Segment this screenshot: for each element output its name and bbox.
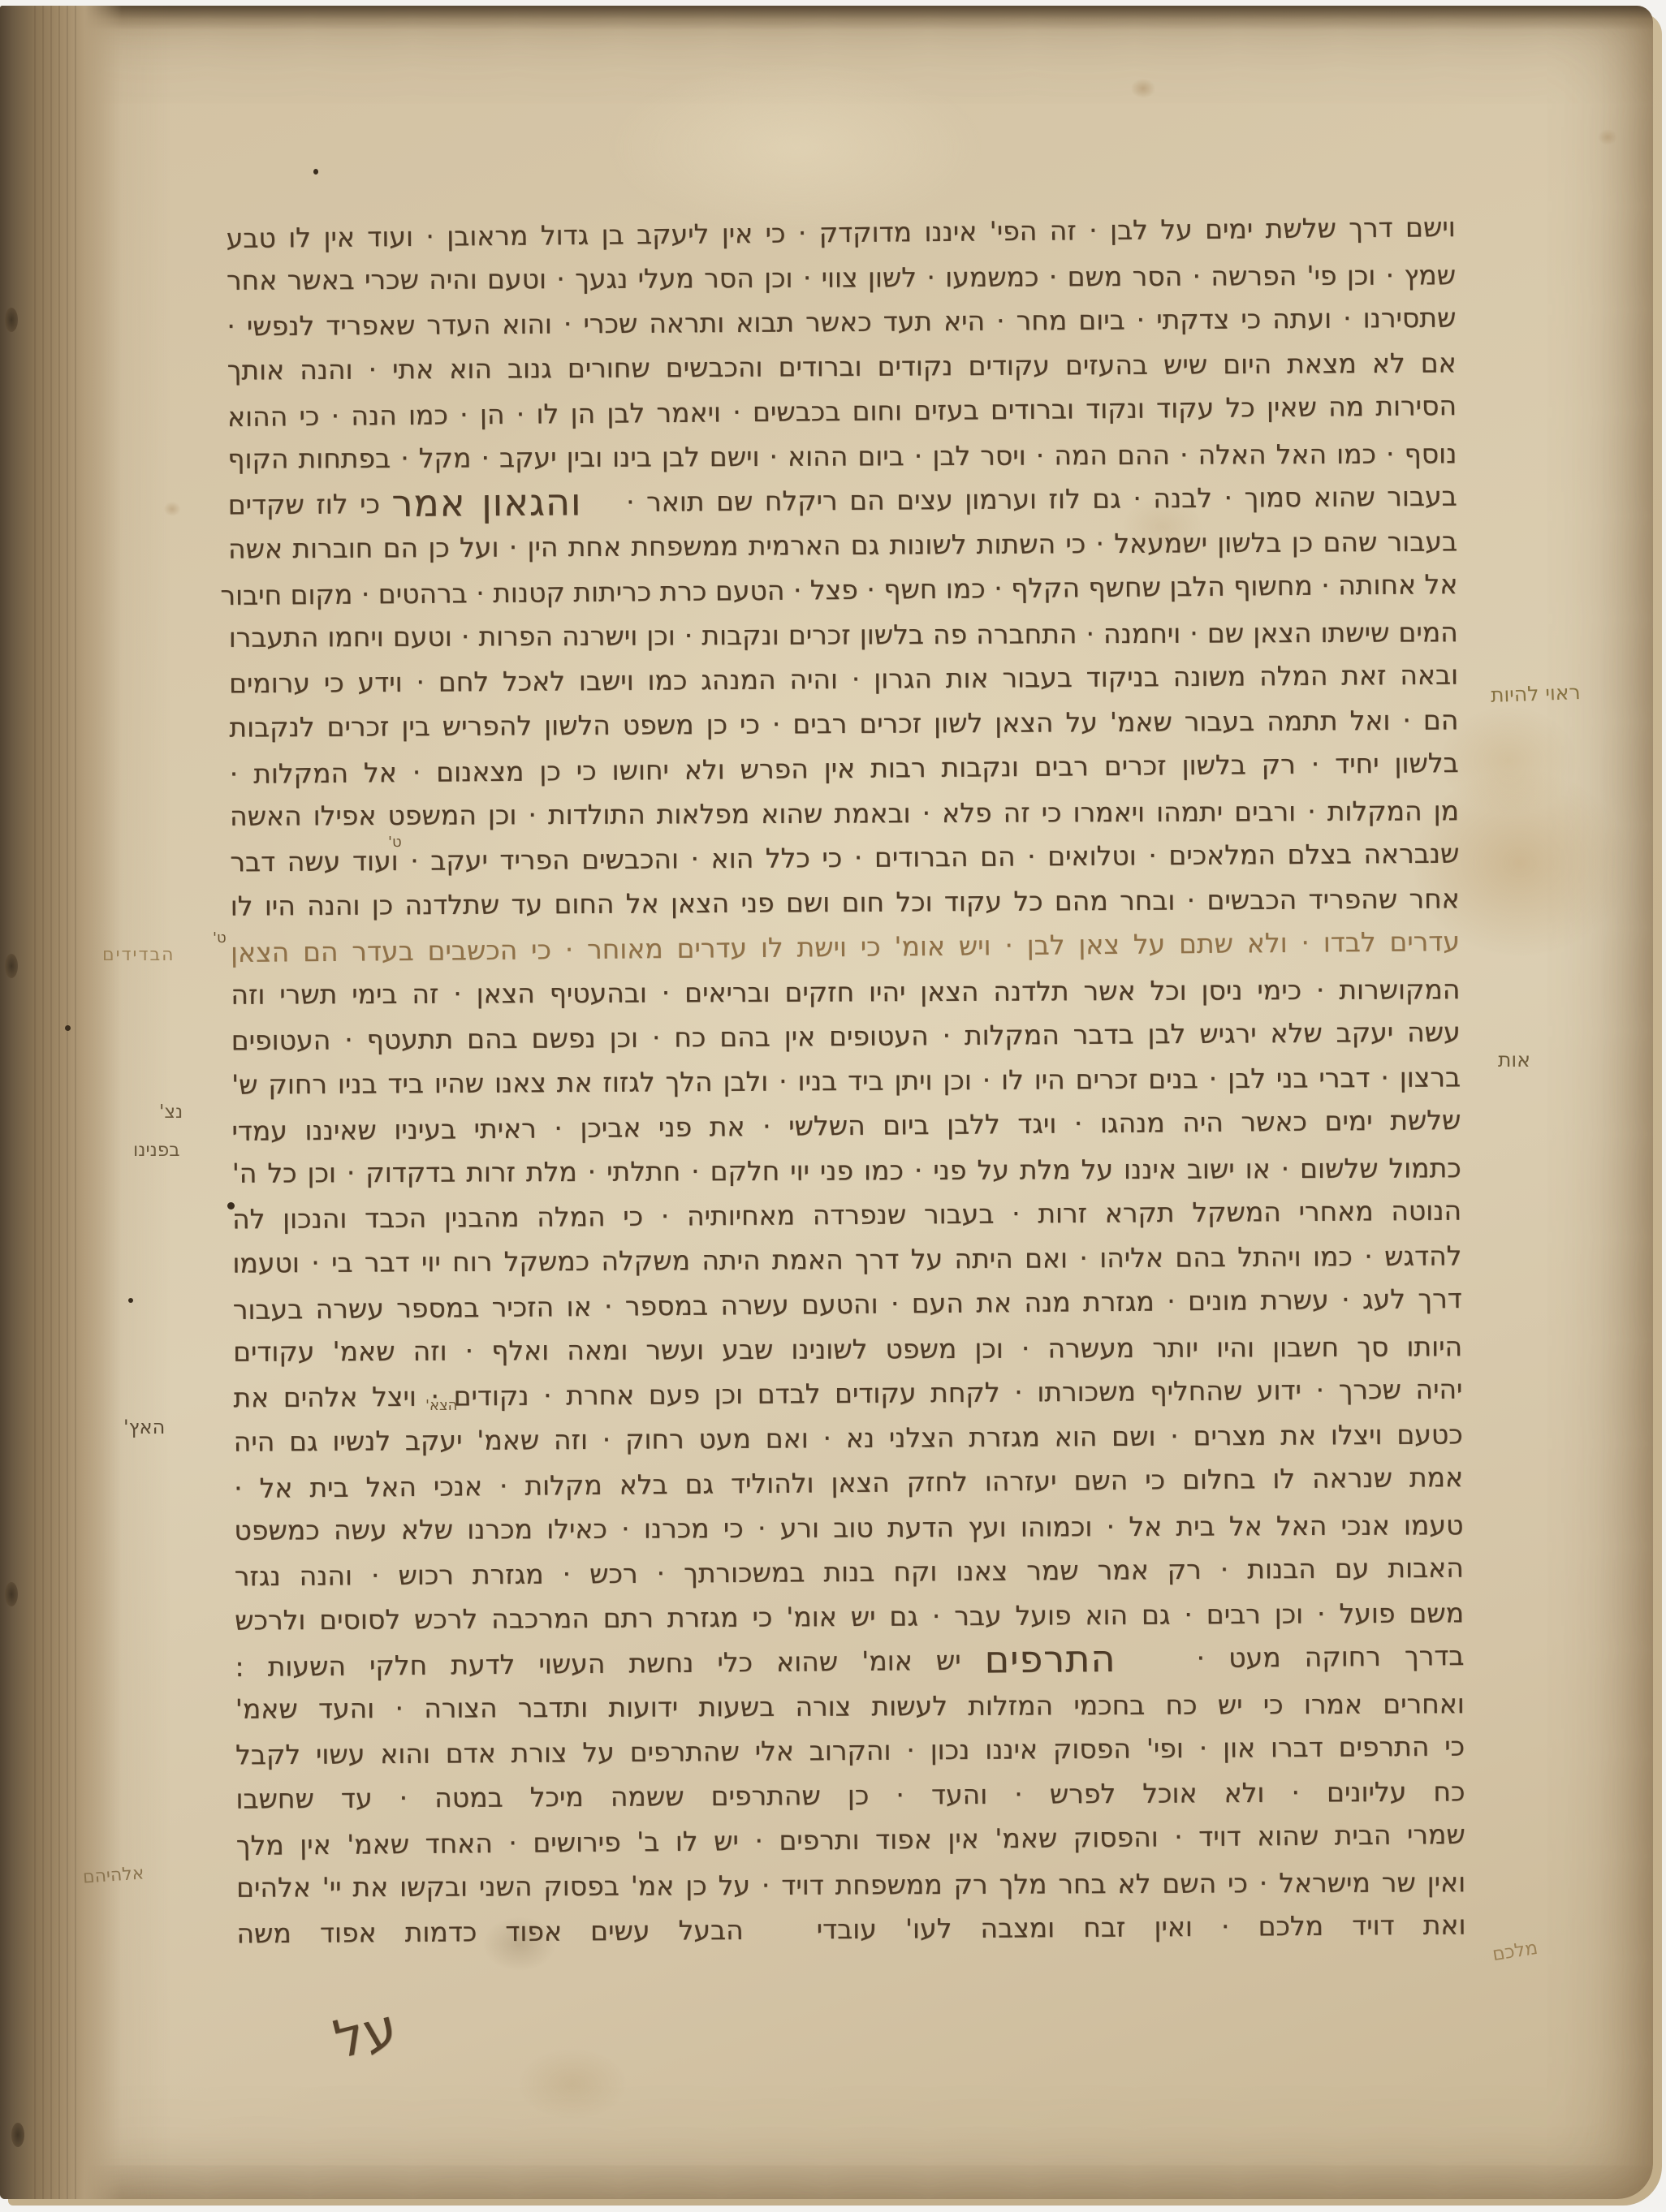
manuscript-scan: { "document": { "kind_label": "Hebrew ma…: [0, 0, 1666, 2212]
text-run: להדגש · כמו ויהתל בהם אליהו · ואם היתה ע…: [232, 1240, 1461, 1278]
margin-note-left-3: בפנינו: [133, 1140, 180, 1161]
text-line: הסירות מה שאין כל עקוד ונקוד וברודים בעז…: [227, 383, 1457, 439]
margin-note-right-1: ראוי להיות: [1491, 680, 1581, 707]
text-line: שנבראה בצלם המלאכים · וטלואים · הם הברוד…: [230, 831, 1459, 885]
text-run: המים שישתו הצאן שם · ויחמנה · התחברה פה …: [229, 616, 1458, 653]
text-line: ואת דויד מלכם · ואין זבח ומצבה לעו' עובד…: [236, 1903, 1465, 1956]
text-line: שלשת ימים כאשר היה מנהגו · ויגד ללבן ביו…: [231, 1097, 1461, 1153]
text-run: כי התרפים דברו און · ופי' הפסוק איננו נכ…: [235, 1731, 1465, 1771]
text-line: כתמול שלשום · או ישוב איננו על מלת על פנ…: [232, 1145, 1461, 1196]
text-run: עדרים לבדו · ולא שתם על צאן לבן · ויש או…: [231, 925, 1460, 968]
margin-note-left-2: נצ': [159, 1102, 183, 1123]
text-run: ברצון · דברי בני לבן · בנים זכרים היו לו…: [231, 1061, 1461, 1100]
text-line: ובאה זאת המלה משונה בניקוד בעבור אות הגר…: [229, 653, 1458, 706]
text-line: עדרים לבדו · ולא שתם על צאן לבן · ויש או…: [231, 919, 1460, 975]
text-run: עשה יעקב שלא ירגיש לבן בדבר המקלות · העט…: [231, 1016, 1461, 1057]
text-run: כתמול שלשום · או ישוב איננו על מלת על פנ…: [232, 1152, 1461, 1189]
text-line: ואין שר מישראל · כי השם לא בחר מלך רק ממ…: [236, 1860, 1465, 1910]
text-line: בדרך רחוקה מעט · התרפים יש אומ' שהוא כלי…: [235, 1633, 1464, 1689]
parchment-page: וישם דרך שלשת ימים על לבן · זה הפי' איננ…: [0, 6, 1653, 2199]
line-gap: [582, 510, 615, 511]
sewing-stitch: [5, 954, 18, 978]
text-run: אמת שנראה לו בחלום כי השם יעזרהו לחזק הצ…: [234, 1461, 1463, 1504]
text-run: יש אומ' שהוא כלי נחשת העשוי לדעת חלקי הש…: [235, 1644, 985, 1683]
text-line: היותו סך חשבון והיו יותר מעשרה · וכן משפ…: [233, 1324, 1462, 1374]
interlinear-gloss: ט': [388, 834, 402, 851]
text-line: נוסף · כמו האל האלה · ההם המה · ויסר לבן…: [227, 431, 1457, 481]
text-run: שמץ · וכן פי' הפרשה · הסר משם · כמשמעו ·…: [227, 259, 1456, 296]
text-line: שתסירנו · ועתה כי צדקתי · ביום מחר · היא…: [227, 295, 1456, 349]
margin-note-left-5: אלהיהם: [82, 1863, 145, 1887]
text-run: היותו סך חשבון והיו יותר מעשרה · וכן משפ…: [233, 1330, 1462, 1368]
text-line: המים שישתו הצאן שם · ויחמנה · התחברה פה …: [229, 610, 1458, 660]
text-run: אם לא מצאת היום שיש בהעזים עקודים נקודים…: [227, 347, 1457, 386]
text-line: בעבור שהוא סמוך · לבנה · גם לוז וערמון ע…: [227, 474, 1457, 528]
text-line: האבות עם הבנות · רק אמר שמר צאנו וקח בנו…: [235, 1546, 1464, 1599]
text-run: טעמו אנכי האל אל בית אל · וכמוהו ועץ הדע…: [234, 1509, 1463, 1546]
text-line: אל אחותה · מחשוף הלבן שחשף הקלף · כמו חש…: [228, 562, 1457, 618]
text-run: בעבור שהוא סמוך · לבנה · גם לוז וערמון ע…: [614, 481, 1457, 518]
text-run: יהיה שכרך · ידוע שהחליף משכורתו · לקחת ע…: [233, 1373, 1462, 1414]
text-run: המקושרות · כימי ניסן וכל אשר תלדנה הצאן …: [231, 973, 1460, 1011]
text-run: כח עליונים · ולא אוכל לפרש · והעד · כן ש…: [235, 1775, 1465, 1814]
sewing-stitch: [5, 1582, 18, 1606]
text-run: בדרך רחוקה מעט ·: [1172, 1640, 1464, 1674]
interlinear-gloss: ט': [213, 929, 227, 946]
text-run: ואת דויד מלכם · ואין זבח ומצבה לעו' עובד…: [788, 1909, 1465, 1946]
text-run: וישם דרך שלשת ימים על לבן · זה הפי' איננ…: [226, 211, 1455, 254]
interlinear-gloss: הצא': [425, 1397, 457, 1414]
text-run: כטעם ויצלו את מצרים · ושם הוא מגזרת הצלנ…: [234, 1418, 1463, 1457]
text-run: אל אחותה · מחשוף הלבן שחשף הקלף · כמו חש…: [220, 568, 1457, 611]
text-run: ואחרים אמרו כי יש כח בחכמי המזלות לעשות …: [235, 1688, 1465, 1725]
text-run: בלשון יחיד · רק בלשון זכרים רבים ונקבות …: [230, 747, 1459, 790]
text-run: הם · ואל תתמה בעבור שאמ' על הצאן לשון זכ…: [229, 704, 1458, 743]
text-run: שתסירנו · ועתה כי צדקתי · ביום מחר · היא…: [227, 302, 1456, 343]
text-run: שמרי הבית שהוא דויד · והפסוק שאמ' אין אפ…: [236, 1818, 1465, 1861]
ink-speck: [128, 1298, 133, 1303]
text-line: שמץ · וכן פי' הפרשה · הסר משם · כמשמעו ·…: [227, 252, 1456, 303]
text-run: כי לוז שקדים: [228, 488, 392, 520]
text-run: הבעל עשים אפוד כדמות אפוד משה: [236, 1914, 743, 1949]
text-line: דרך לעג · עשרת מונים · מגזרת מנה את העם …: [232, 1276, 1461, 1332]
page-top-edge: [0, 6, 1653, 30]
main-text-block: וישם דרך שלשת ימים על לבן · זה הפי' איננ…: [226, 206, 1465, 1955]
ink-speck: [65, 1025, 71, 1031]
text-run: הסירות מה שאין כל עקוד ונקוד וברודים בעז…: [227, 390, 1457, 433]
sewing-stitch: [5, 308, 18, 332]
text-run: משם פועל · וכן רבים · גם הוא פועל עבר · …: [235, 1597, 1464, 1636]
text-run: הנוטה מאחרי המשקל תקרא זרות · בעבור שנפר…: [232, 1195, 1461, 1235]
text-run: שנבראה בצלם המלאכים · וטלואים · הם הברוד…: [230, 838, 1459, 878]
margin-note-left-4: האץ': [123, 1416, 165, 1438]
text-run: מן המקלות · ורבים יתמהו ויאמרו כי זה פלא…: [230, 795, 1459, 832]
text-run: נוסף · כמו האל האלה · ההם המה · ויסר לבן…: [227, 438, 1457, 475]
line-gap: [744, 1938, 788, 1939]
margin-note-right-3: מלכם: [1491, 1938, 1539, 1965]
text-line: וישם דרך שלשת ימים על לבן · זה הפי' איננ…: [226, 205, 1455, 261]
line-gap: [1116, 1666, 1173, 1668]
text-run: האבות עם הבנות · רק אמר שמר צאנו וקח בנו…: [235, 1552, 1464, 1593]
text-run: שלשת ימים כאשר היה מנהגו · ויגד ללבן ביו…: [231, 1104, 1461, 1147]
text-run: דרך לעג · עשרת מונים · מגזרת מנה את העם …: [233, 1283, 1462, 1326]
catchword: על: [328, 1998, 403, 2071]
ink-speck: [313, 169, 318, 175]
text-line: המקושרות · כימי ניסן וכל אשר תלדנה הצאן …: [231, 967, 1460, 1017]
margin-note-left-1: הבדידים: [102, 945, 175, 965]
text-line: אמת שנראה לו בחלום כי השם יעזרהו לחזק הצ…: [234, 1455, 1463, 1511]
margin-note-right-2: אות: [1498, 1048, 1530, 1072]
text-line: ואחרים אמרו כי יש כח בחכמי המזלות לעשות …: [235, 1681, 1465, 1731]
sewing-stitch: [11, 2123, 24, 2147]
text-run: אחר שהפריד הכבשים · ובחר מהם כל עקוד וכל…: [231, 882, 1460, 921]
text-line: שמרי הבית שהוא דויד · והפסוק שאמ' אין אפ…: [235, 1812, 1465, 1868]
text-line: מן המקלות · ורבים יתמהו ויאמרו כי זה פלא…: [230, 788, 1459, 839]
text-run: ואין שר מישראל · כי השם לא בחר מלך רק ממ…: [236, 1866, 1465, 1904]
text-run: ובאה זאת המלה משונה בניקוד בעבור אות הגר…: [229, 659, 1458, 700]
text-line: כי התרפים דברו און · ופי' הפסוק איננו נכ…: [235, 1724, 1465, 1778]
enlarged-word: התרפים: [984, 1636, 1116, 1681]
text-line: עשה יעקב שלא ירגיש לבן בדבר המקלות · העט…: [231, 1010, 1460, 1063]
text-line: הנוטה מאחרי המשקל תקרא זרות · בעבור שנפר…: [232, 1188, 1461, 1242]
text-line: בלשון יחיד · רק בלשון זכרים רבים ונקבות …: [229, 740, 1458, 796]
text-line: יהיה שכרך · ידוע שהחליף משכורתו · לקחת ע…: [233, 1367, 1462, 1421]
enlarged-word: והגאון אמר: [391, 480, 581, 525]
text-line: טעמו אנכי האל אל בית אל · וכמוהו ועץ הדע…: [234, 1503, 1463, 1553]
text-run: בעבור שהם כן בלשון ישמעאל · כי השתות לשו…: [228, 525, 1457, 564]
